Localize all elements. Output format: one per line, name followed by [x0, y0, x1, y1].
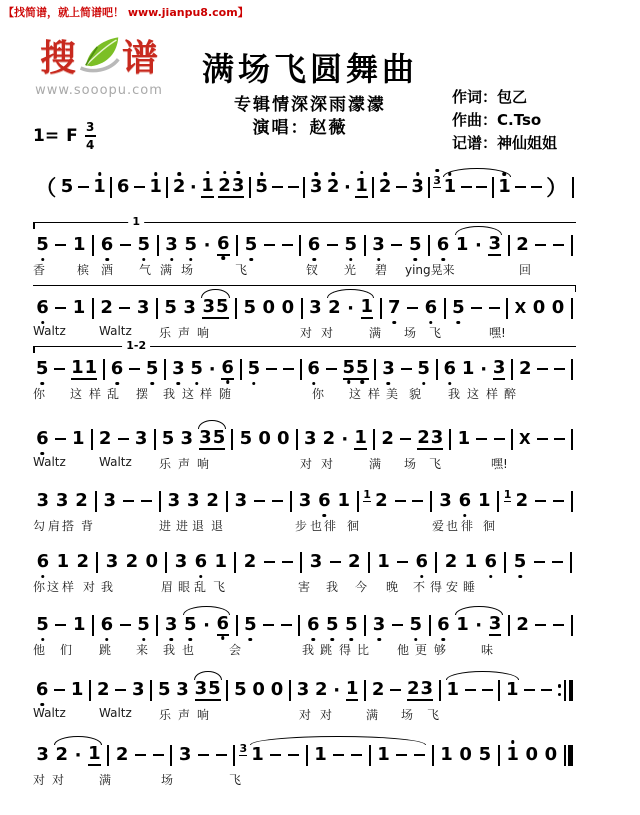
note-group: 5 [184, 236, 197, 254]
note-group: 6 [459, 492, 472, 510]
meter-denominator: 4 [86, 138, 94, 152]
note-token: 3 [162, 616, 181, 634]
lyric-word: 他 [397, 641, 409, 658]
lyric-word: 对 [299, 706, 311, 723]
barline [300, 359, 302, 380]
note-token [195, 754, 213, 757]
lyric-word: 他 [33, 641, 45, 658]
duration-dash [482, 689, 493, 692]
lyric-word: 比 [357, 641, 369, 658]
note-digit: 3 [202, 298, 215, 316]
note-token [150, 429, 158, 450]
note-group: 6 [217, 235, 230, 256]
duration-dash [198, 754, 209, 757]
note-token: 5 [161, 299, 180, 317]
note-token [326, 561, 344, 564]
slur-arc: 11 [441, 177, 513, 198]
note-token [534, 438, 551, 441]
note-token [365, 745, 374, 766]
lyric-word: 这 [467, 385, 479, 402]
note-token [91, 491, 100, 512]
note-group: 1 [354, 429, 367, 450]
note-token [360, 235, 369, 256]
note-token [116, 307, 134, 310]
note-group: 6 [318, 492, 331, 510]
banner-link[interactable]: 【找简谱，就上简谱吧！ www.jianpu8.com】 [3, 4, 249, 20]
note-digit: 1 [465, 553, 478, 571]
note-digit: 1 [506, 746, 519, 764]
note-token: 6 [412, 553, 432, 571]
note-group: 6 [101, 616, 114, 634]
note-token [149, 754, 167, 757]
duration-dash [135, 754, 146, 757]
barline [290, 491, 292, 512]
note-token: 3 [164, 492, 183, 510]
note-digit: 5 [244, 299, 257, 317]
note-token [462, 689, 479, 692]
note-token [425, 235, 434, 256]
note-group: 5 [409, 236, 422, 254]
note-token: 2 [344, 553, 364, 571]
note-digit: 0 [459, 746, 472, 764]
note-digit: 3 [297, 681, 310, 699]
note-digit: 6 [444, 360, 457, 378]
note-group: 6 [221, 359, 234, 380]
note-group: 1 [361, 298, 374, 319]
note-digit: 1 [478, 492, 491, 510]
lyric-word: 退 [211, 517, 223, 534]
barline [306, 745, 308, 766]
note-token: 1 [503, 495, 512, 508]
barline [357, 491, 359, 512]
barline [110, 177, 112, 198]
duration-dash [465, 689, 476, 692]
meter-fraction: 3 4 [85, 120, 96, 152]
note-digit: 1 [71, 359, 84, 377]
note-token [376, 298, 385, 319]
lyrics-row: WaltzWaltz乐声响对对满场飞嘿! [33, 324, 576, 340]
rdot [558, 693, 562, 697]
note-token: 1 [91, 178, 108, 196]
note-token [348, 754, 366, 757]
duration-dash [264, 561, 275, 564]
note-token [233, 235, 242, 256]
note-token: 5 [33, 616, 52, 634]
barline [429, 615, 431, 636]
note-group: 2 [372, 681, 385, 699]
duration-dash [461, 186, 472, 189]
note-group: 3 [172, 360, 185, 378]
note-token [297, 359, 305, 380]
barline [159, 491, 161, 512]
rdot [558, 684, 562, 688]
note-digit: 3 [431, 429, 444, 447]
note-group: 2 [55, 746, 68, 764]
lyric-word: 飞 [235, 261, 247, 278]
note-token [297, 552, 306, 573]
note-digit: 6 [221, 359, 234, 377]
note-token: 3 [173, 681, 191, 699]
duration-dash [515, 186, 526, 189]
note-token: 5 [134, 616, 153, 634]
note-token [479, 689, 496, 692]
notes-row: 6123533550032·1765X00 [33, 294, 576, 322]
note-token [391, 500, 409, 503]
duration-dash [264, 244, 275, 247]
note-group: 5 [326, 616, 339, 634]
note-group: 5 [61, 178, 74, 196]
grace-note: 1 [363, 489, 371, 502]
note-digit: 1 [440, 746, 453, 764]
lyric-word: 香 [33, 261, 45, 278]
note-group: 3 [382, 360, 395, 378]
note-group: 2 [76, 553, 89, 571]
leaf-icon [78, 34, 120, 78]
note-token: 3 [294, 681, 312, 699]
augmentation-dot: · [200, 615, 213, 636]
note-digit: 3 [310, 553, 323, 571]
barline [380, 298, 382, 319]
note-token: 3 [239, 749, 248, 762]
note-token [508, 429, 516, 450]
credit-lyricist: 作词：包乙 [452, 86, 557, 109]
lyric-word: 酒 [101, 261, 113, 278]
note-token: 6 [481, 553, 501, 571]
barline [164, 359, 166, 380]
note-token [436, 680, 444, 701]
lyric-word: 声 [178, 706, 190, 723]
note-token: 2 [513, 236, 532, 254]
note-group: 1 [447, 681, 460, 699]
lyric-word: 响 [197, 455, 209, 472]
note-digit: 0 [282, 299, 295, 317]
augmentation-dot: · [472, 615, 485, 636]
lyric-word: 眉 [161, 578, 173, 595]
note-group: 3 [106, 553, 119, 571]
barline [170, 745, 172, 766]
note-digit: 3 [199, 429, 212, 447]
note-digit: 2 [516, 492, 529, 510]
note-group: 1 [93, 178, 106, 196]
score-line: 6123533550032·1765X00WaltzWaltz乐声响对对满场飞嘿… [33, 285, 576, 340]
note-token: 2 [516, 360, 534, 378]
note-token [286, 186, 302, 189]
note-token [494, 491, 503, 512]
note-digit: 5 [514, 553, 527, 571]
note-token: 1 [351, 429, 370, 450]
note-token: 3 [176, 746, 195, 764]
duration-dash [272, 186, 283, 189]
note-digit: 2 [244, 553, 257, 571]
barline [364, 615, 366, 636]
note-digit: 5 [36, 360, 49, 378]
barline [165, 552, 167, 573]
note-token [222, 491, 231, 512]
barline [236, 235, 238, 256]
duration-dash [471, 307, 482, 310]
note-token [237, 359, 245, 380]
note-group: 6 [36, 299, 49, 317]
duration-dash [123, 500, 134, 503]
note-digit: 2 [516, 616, 529, 634]
note-token [278, 561, 296, 564]
note-digit: 3 [488, 235, 501, 253]
note-digit: 3 [299, 492, 312, 510]
note-digit: 6 [308, 236, 321, 254]
notes-row: （51612·123532·123311） [33, 173, 576, 201]
duration-dash [531, 186, 542, 189]
note-group: 5 [137, 616, 150, 634]
note-token: 3 [102, 553, 122, 571]
note-group: 5 [190, 360, 203, 378]
lyric-word: 样 [368, 385, 380, 402]
note-digit: 1 [447, 681, 460, 699]
lyric-word: 样 [62, 578, 74, 595]
note-digit: 5 [326, 616, 339, 634]
note-digit: 5 [61, 178, 74, 196]
duration-dash [390, 689, 401, 692]
note-group: 6 [437, 236, 450, 254]
note-digit: 1 [354, 429, 367, 447]
note-group: 7 [388, 299, 401, 317]
note-group: 23 [417, 429, 443, 450]
barline [103, 359, 105, 380]
note-token [115, 438, 132, 441]
barline [571, 491, 573, 512]
note-group: 2 [519, 360, 532, 378]
note-token [132, 754, 150, 757]
barline [572, 177, 574, 198]
note-digit: 5 [345, 616, 358, 634]
note-digit: 7 [388, 299, 401, 317]
lyric-word: 飞 [213, 578, 225, 595]
note-token [117, 244, 135, 247]
duration-dash [288, 186, 299, 189]
note-group: 3 [310, 553, 323, 571]
note-token [425, 615, 434, 636]
lyric-word: 肩 [48, 517, 60, 534]
note-token: 0 [541, 746, 560, 764]
lyric-word: Waltz [99, 455, 132, 469]
note-digit: 3 [180, 430, 193, 448]
note-digit: 5 [162, 430, 175, 448]
barline [571, 615, 573, 636]
note-digit: 1 [215, 553, 228, 571]
note-token: 1 [453, 616, 472, 634]
score-line: 332333233611236112勾肩搭背进进退退步也徘徊爱也徘徊 [33, 487, 576, 533]
lyric-word: 安 [446, 578, 458, 595]
note-digit: 3 [373, 616, 386, 634]
note-token [561, 745, 577, 766]
note-group: 1 [355, 177, 368, 198]
note-token: 1 [53, 553, 73, 571]
note-digit: 3 [179, 746, 192, 764]
note-token [51, 689, 68, 692]
note-token [353, 491, 362, 512]
note-group: 3 [56, 492, 69, 510]
duration-dash [281, 624, 292, 627]
note-token [76, 186, 92, 189]
note-token: 0 [255, 430, 274, 448]
note-token [389, 624, 407, 627]
key-prefix: 1= [33, 126, 59, 146]
note-group: 5 [158, 681, 171, 699]
note-group: 5 [345, 616, 358, 634]
note-group: 5 [244, 616, 257, 634]
note-digit: 2 [100, 299, 113, 317]
note-group: 3 [488, 235, 501, 256]
lyric-word: 徊 [483, 517, 495, 534]
note-group: 35 [195, 680, 221, 701]
note-group: 2 [173, 178, 186, 196]
note-token [550, 244, 568, 247]
slur-arc: 35 [199, 298, 232, 319]
note-token: 0 [259, 299, 278, 317]
barline [107, 745, 109, 766]
note-token: 5 [241, 236, 260, 254]
note-token: 6 [108, 360, 126, 378]
barline [506, 298, 508, 319]
note-digit: 5 [234, 681, 247, 699]
barline [571, 298, 573, 319]
note-group: 0 [545, 746, 558, 764]
note-group: 5 [244, 299, 257, 317]
note-token: 0 [456, 746, 475, 764]
note-group: 5 [479, 746, 492, 764]
note-token: 1 [334, 492, 353, 510]
note-token: 0 [268, 681, 286, 699]
note-token: 5 [237, 430, 256, 448]
note-token [494, 745, 503, 766]
note-group: 6 [307, 360, 320, 378]
note-digit: 5 [36, 616, 49, 634]
note-digit: 2 [407, 680, 420, 698]
note-digit: 6 [425, 299, 438, 317]
note-token [432, 552, 441, 573]
lyric-word: 味 [481, 641, 493, 658]
lyric-word: 醉 [504, 385, 516, 402]
note-token: 0 [142, 553, 162, 571]
notes-row: 5116535·656553561·32 [33, 355, 576, 383]
lyric-word: 不 [413, 578, 425, 595]
note-token [278, 624, 296, 627]
note-group: 5 [36, 236, 49, 254]
note-digit: 3 [36, 746, 49, 764]
duration-dash [414, 754, 425, 757]
note-digit: 2 [519, 360, 532, 378]
barline [368, 552, 370, 573]
note-token [567, 235, 576, 256]
note-token [93, 552, 102, 573]
note-token: 5 [134, 236, 153, 254]
note-group: 3 [36, 492, 49, 510]
final-barline [568, 745, 573, 766]
note-token: 5 [240, 299, 259, 317]
barline [373, 429, 375, 450]
logo-char-left: 搜 [40, 30, 76, 81]
note-digit: 3 [175, 553, 188, 571]
note-group: 1 [73, 236, 86, 254]
note-token: 3 [162, 236, 181, 254]
note-digit: 6 [318, 492, 331, 510]
note-token: 6 [434, 616, 453, 634]
duration-dash [55, 438, 66, 441]
note-token [474, 186, 490, 189]
note-token: 1 [311, 746, 330, 764]
note-group: 0 [258, 430, 271, 448]
note-digit: 3 [232, 177, 245, 195]
note-group: 1 [201, 177, 214, 198]
augmentation-dot: · [338, 429, 351, 450]
note-digit: 3 [309, 299, 322, 317]
note-group: 2 [348, 553, 361, 571]
note-token: 5 [342, 616, 361, 634]
lyric-word: 对 [83, 578, 95, 595]
note-token [567, 552, 576, 573]
barline [432, 745, 434, 766]
note-digit: 1 [73, 236, 86, 254]
note-token [394, 186, 410, 189]
note-digit: 2 [75, 492, 88, 510]
notes-row: 32·1233111105100 [33, 741, 576, 769]
lyric-word: 你 [312, 385, 324, 402]
barline [564, 745, 566, 766]
note-group: 2 [516, 492, 529, 510]
lyric-word: 满 [366, 706, 378, 723]
note-token: 1 [461, 553, 481, 571]
note-token: 6 [315, 492, 334, 510]
lyrics-row: 你这样对我眉眼乱飞害我今晚不得安睡 [33, 578, 576, 594]
note-token [232, 615, 241, 636]
note-digit: 0 [545, 746, 558, 764]
barline [511, 359, 513, 380]
note-digit: 0 [145, 553, 158, 571]
notes-row: 516535·656553561·32 [33, 611, 576, 639]
grace-note: 1 [504, 489, 512, 502]
volta-bracket [33, 285, 576, 294]
lyric-word: 飞 [429, 324, 441, 341]
lyrics-row: 他们跳来我也会我跳得比他更够味 [33, 641, 576, 657]
note-token [153, 615, 162, 636]
note-digit: 5 [184, 616, 197, 634]
note-group: 3 [165, 616, 178, 634]
note-token [440, 298, 449, 319]
note-token: 3 [169, 360, 187, 378]
note-digit: 3 [176, 681, 189, 699]
augmentation-dot: · [472, 235, 485, 256]
duration-dash [396, 754, 407, 757]
lyric-word: ying晃来 [405, 261, 455, 278]
note-token [530, 561, 548, 564]
note-token: 5 [241, 616, 260, 634]
note-token [52, 307, 70, 310]
note-digit: 3 [372, 236, 385, 254]
note-token: 1 [68, 681, 86, 699]
note-token [567, 615, 576, 636]
note-token: 2 [240, 553, 260, 571]
note-group: 3 [135, 430, 148, 448]
lyric-word: 对 [300, 455, 312, 472]
key-tonic: F [66, 126, 78, 146]
lyric-word: 响 [197, 324, 209, 341]
note-token [112, 689, 129, 692]
lyric-word: 进 [176, 517, 188, 534]
note-digit: 3 [165, 616, 178, 634]
note-token [155, 491, 164, 512]
key-signature: 1= F 3 4 [33, 120, 96, 152]
lyrics-row: 香槟酒气满场飞钗光碧ying晃来回 [33, 261, 576, 277]
note-group: 3 [183, 299, 196, 317]
